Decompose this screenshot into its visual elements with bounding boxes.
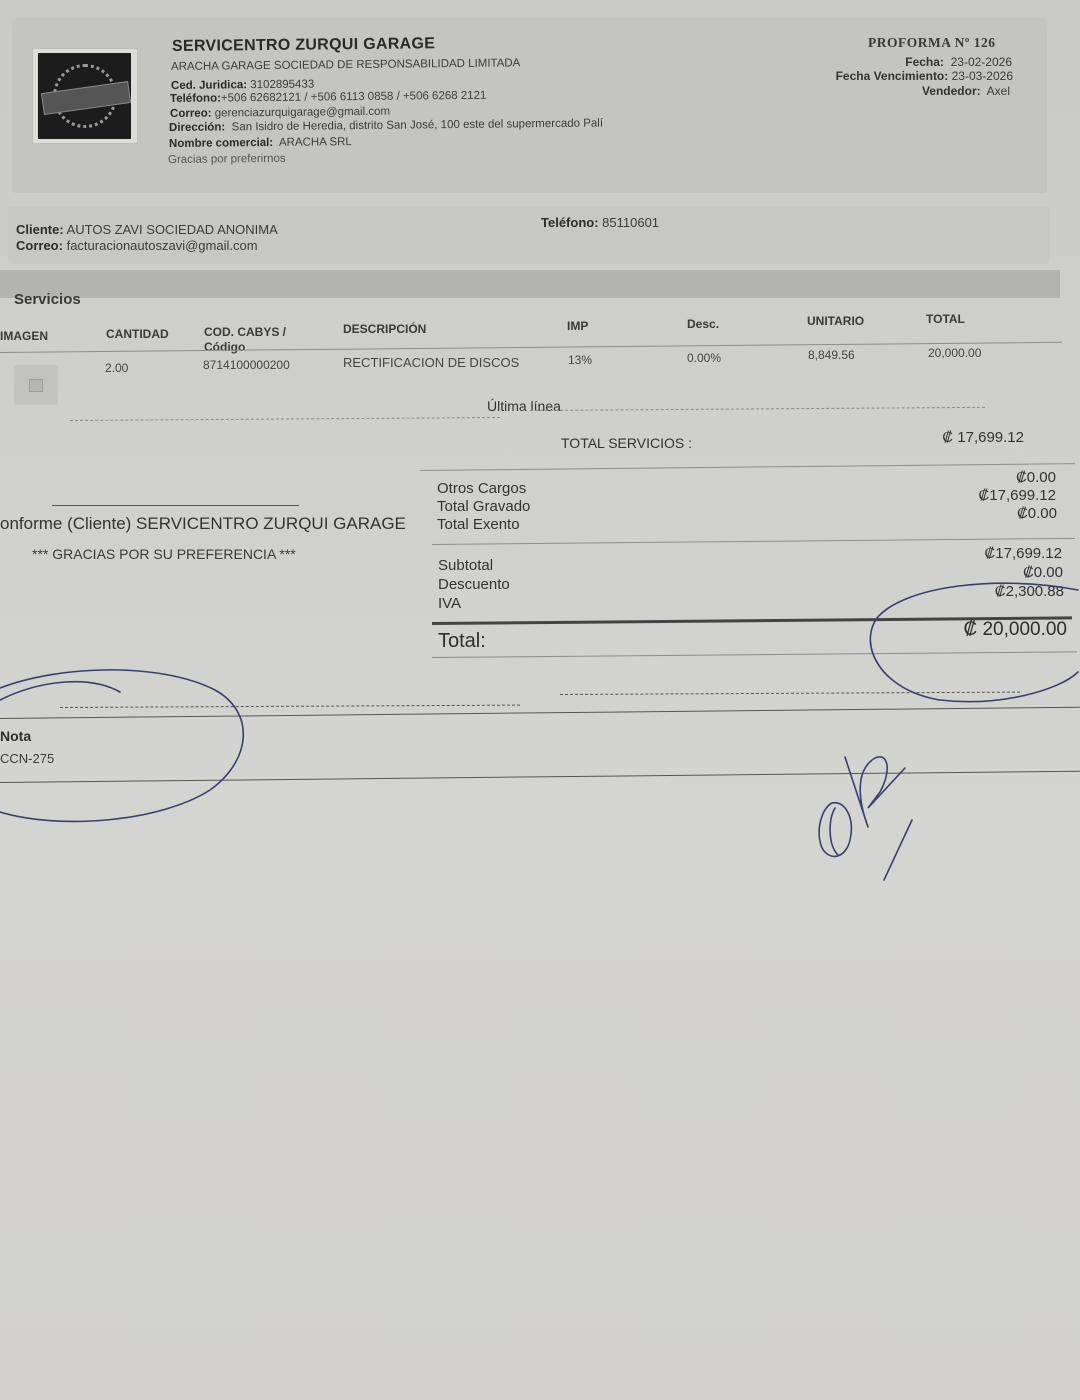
dashed-separator [70,417,500,421]
vencimiento-label: Fecha Vencimiento: [836,69,949,83]
last-line-label: Última línea [487,398,561,414]
table-header-divider [0,342,1062,353]
row-imp: 13% [568,353,592,367]
company-name: SERVICENTRO ZURQUI GARAGE [172,35,435,56]
col-descripcion: DESCRIPCIÓN [343,322,426,336]
vendedor-line: Vendedor: Axel [750,84,1010,98]
col-imp: IMP [567,319,588,333]
row-codigo: 8714100000200 [203,358,290,372]
ink-ok-o [819,803,851,857]
row-descripcion: RECTIFICACION DE DISCOS [343,355,519,370]
company-trade-name: Nombre comercial: ARACHA SRL [169,136,352,150]
client-phone-value: 85110601 [602,215,659,230]
total-servicios-label: TOTAL SERVICIOS : [561,435,692,451]
vencimiento-value: 23-03-2026 [952,69,1013,83]
otros-cargos-value: ₡0.00 [876,468,1056,487]
client-phone-label: Teléfono: [541,215,599,230]
nota-top-divider [0,707,1080,719]
total-value: ₡ 20,000.00 [847,619,1067,641]
address-label: Dirección: [169,121,225,134]
company-email: Correo: gerenciazurquigarage@gmail.com [170,106,390,120]
subtotal-value: ₡17,699.12 [882,544,1062,563]
nota-label: Nota [0,728,31,744]
iva-label: IVA [438,594,461,613]
conforme-text: onforme (Cliente) SERVICENTRO ZURQUI GAR… [0,514,421,534]
client-email-label: Correo: [16,238,63,253]
email-value: gerenciazurquigarage@gmail.com [215,106,390,120]
col-desc: Desc. [687,317,719,331]
proforma-number: PROFORMA Nº 126 [868,35,995,51]
total-gravado-label: Total Gravado [437,497,530,516]
ink-circle-nota [0,670,243,822]
trade-name-value: ARACHA SRL [279,136,352,149]
vendedor-value: Axel [987,84,1010,98]
services-title: Servicios [14,291,81,308]
fecha-line: Fecha: 23-02-2026 [752,55,1012,69]
col-total: TOTAL [926,312,965,326]
total-servicios-value: ₡ 17,699.12 [864,429,1024,446]
row-total: 20,000.00 [928,346,981,360]
company-logo-icon [38,53,131,139]
descuento-label: Descuento [438,575,510,594]
fecha-label: Fecha: [905,55,944,69]
row-cantidad: 2.00 [105,361,128,375]
client-email: Correo: facturacionautoszavi@gmail.com [16,238,258,253]
total-gravado-value: ₡17,699.12 [876,486,1056,505]
total-exento-label: Total Exento [437,515,520,534]
client-name: Cliente: AUTOS ZAVI SOCIEDAD ANONIMA [16,222,278,237]
col-codigo: Código [204,340,245,354]
services-section-bar [0,270,1060,298]
col-unitario: UNITARIO [807,314,864,328]
email-label: Correo: [170,108,212,120]
dashed-separator [560,692,1020,695]
company-cedula: Ced. Juridica: 3102895433 [171,79,314,92]
col-imagen: IMAGEN [0,329,48,343]
col-cantidad: CANTIDAD [106,327,169,341]
vencimiento-line: Fecha Vencimiento: 23-03-2026 [753,69,1013,83]
nota-bottom-divider [0,771,1080,783]
row-unitario: 8,849.56 [808,348,855,362]
totals-bottom-divider [432,651,1077,658]
ink-check-stroke [884,820,912,880]
fecha-value: 23-02-2026 [951,55,1012,69]
vendedor-label: Vendedor: [922,84,981,98]
iva-value: ₡2,300.88 [884,582,1064,601]
client-label: Cliente: [16,222,64,237]
gracias-text: *** GRACIAS POR SU PREFERENCIA *** [32,546,296,562]
row-desc: 0.00% [687,351,721,365]
image-placeholder-icon [14,365,58,405]
nota-value: CCN-275 [0,751,54,766]
cedula-label: Ced. Juridica: [171,79,247,92]
descuento-value: ₡0.00 [883,563,1063,582]
signature-line [52,505,299,506]
total-label: Total: [438,630,486,653]
client-email-value: facturacionautoszavi@gmail.com [67,238,258,253]
company-tagline: Gracias por preferirnos [168,153,286,166]
otros-cargos-label: Otros Cargos [437,479,526,498]
dashed-separator [60,705,520,708]
total-exento-value: ₡0.00 [877,504,1057,523]
ink-ok-k [845,757,905,827]
client-phone: Teléfono: 85110601 [541,215,659,230]
subtotal-label: Subtotal [438,556,493,575]
client-value: AUTOS ZAVI SOCIEDAD ANONIMA [67,222,278,237]
cedula-value: 3102895433 [250,79,314,92]
phone-label: Teléfono: [170,92,221,105]
col-cabys: COD. CABYS / [204,325,286,339]
trade-name-label: Nombre comercial: [169,137,273,150]
dashed-separator [530,407,985,411]
